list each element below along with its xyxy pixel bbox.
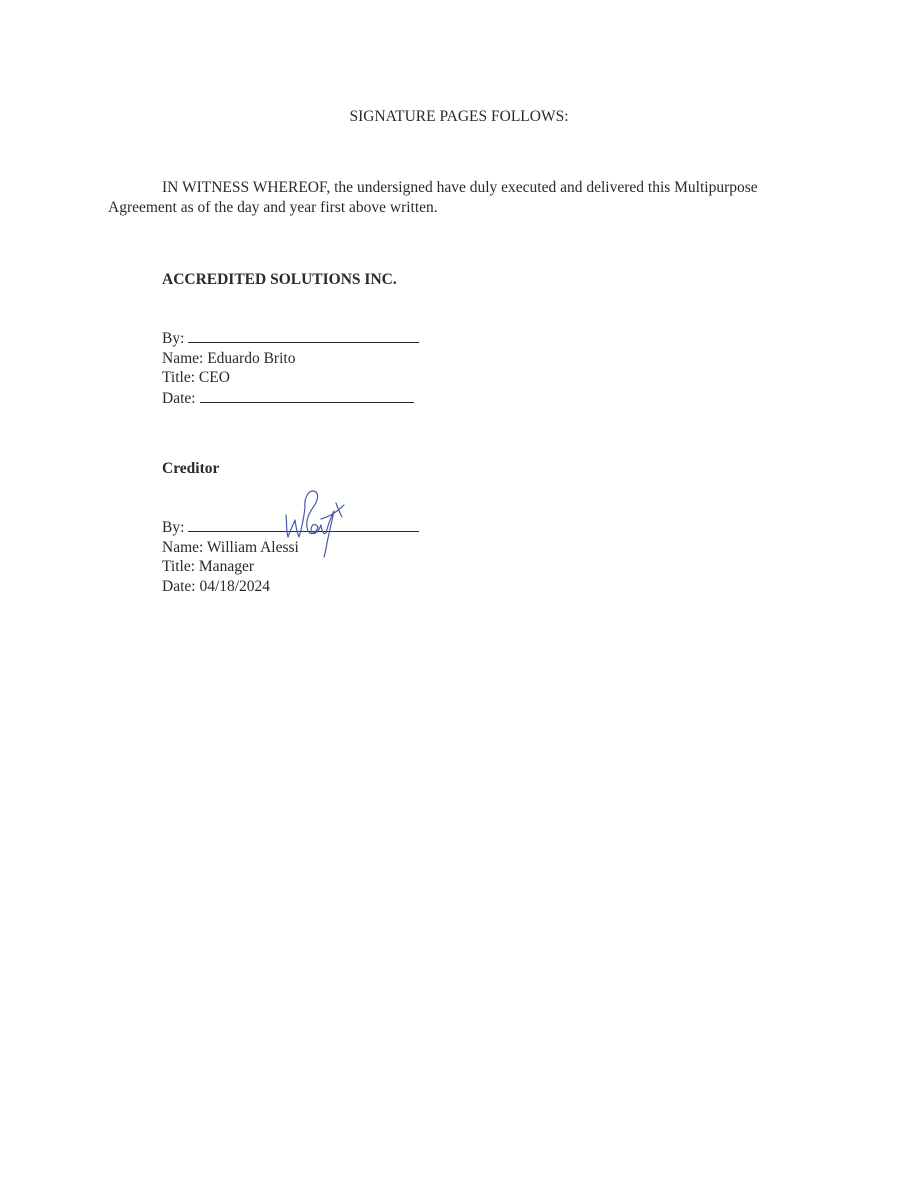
page-heading: SIGNATURE PAGES FOLLOWS:: [0, 108, 918, 126]
handwritten-signature-icon: [278, 487, 348, 559]
signature-block-creditor: Creditor By: Name: William Alessi Title:…: [162, 460, 462, 478]
signature-line[interactable]: [188, 328, 419, 343]
party-name: ACCREDITED SOLUTIONS INC.: [162, 271, 462, 289]
date-field[interactable]: Date:: [162, 388, 419, 409]
party-name: Creditor: [162, 460, 462, 478]
date-line: Date: 04/18/2024: [162, 577, 419, 597]
document-page: SIGNATURE PAGES FOLLOWS: IN WITNESS WHER…: [0, 0, 918, 1188]
date-line[interactable]: [200, 388, 414, 403]
title-line: Title: CEO: [162, 368, 419, 388]
witness-paragraph: IN WITNESS WHEREOF, the undersigned have…: [108, 178, 808, 218]
by-label: By:: [162, 519, 184, 536]
date-label: Date:: [162, 390, 196, 407]
name-line: Name: Eduardo Brito: [162, 349, 419, 369]
by-field[interactable]: By:: [162, 328, 419, 349]
title-line: Title: Manager: [162, 557, 419, 577]
by-label: By:: [162, 330, 184, 347]
signature-block-company: ACCREDITED SOLUTIONS INC. By: Name: Edua…: [162, 271, 462, 289]
signature-fields: By: Name: Eduardo Brito Title: CEO Date:: [162, 328, 419, 408]
witness-text: IN WITNESS WHEREOF, the undersigned have…: [108, 179, 758, 216]
